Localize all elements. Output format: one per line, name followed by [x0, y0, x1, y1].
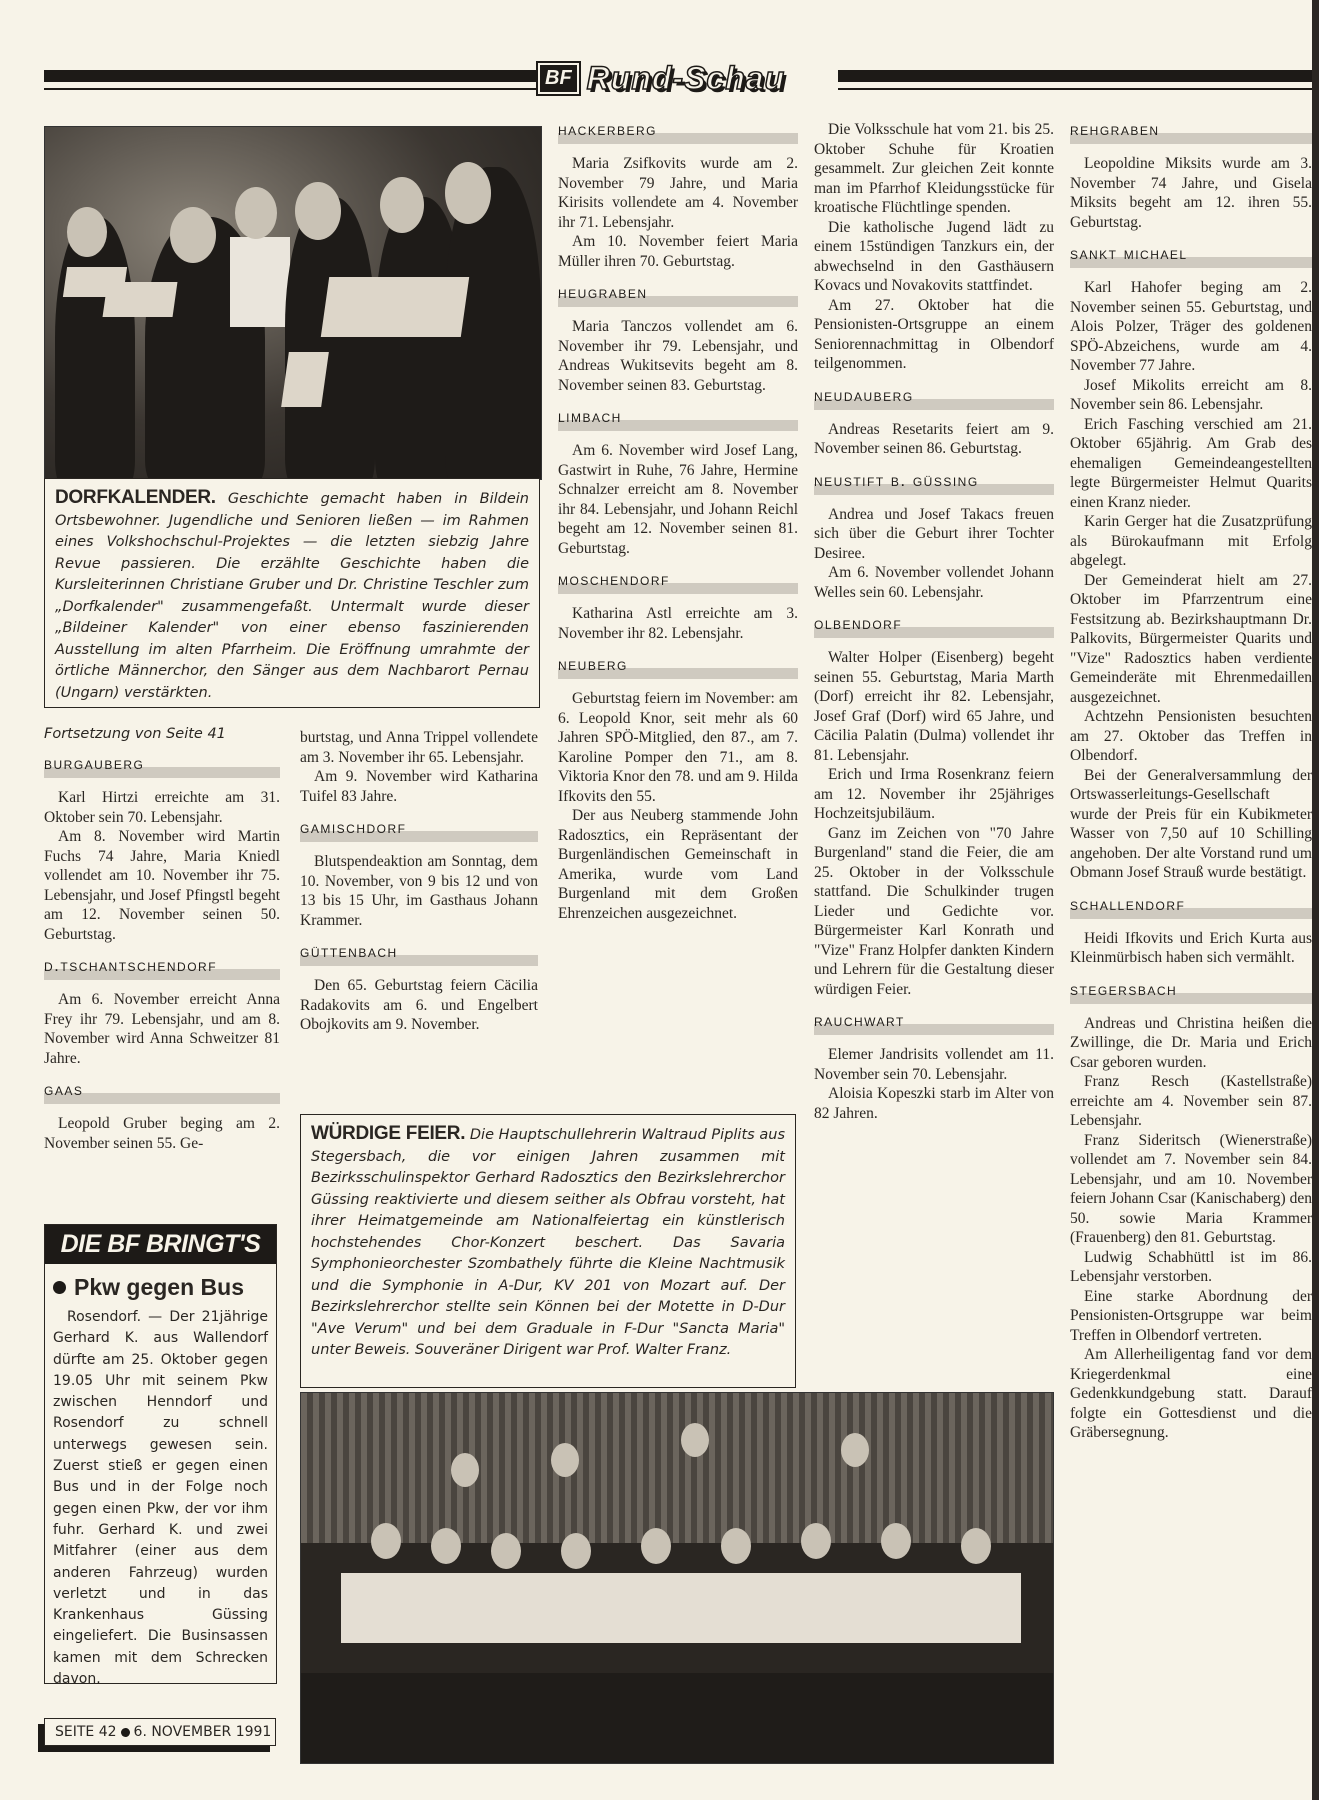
heading-gaas: Gaas [44, 1080, 280, 1106]
heading-rauchwart: Rauchwart [814, 1011, 1054, 1037]
paragraph: Blutspendeaktion am Sonntag, dem 10. Nov… [300, 852, 538, 930]
paragraph: Katharina Astl erreichte am 3. November … [558, 604, 798, 643]
paragraph: Den 65. Geburtstag feiern Cäcilia Radako… [300, 976, 538, 1035]
paragraph: Leopold Gruber beging am 2. November sei… [44, 1114, 280, 1153]
paragraph: Am 6. November erreicht Anna Frey ihr 79… [44, 990, 280, 1068]
heading-moschendorf: Moschendorf [558, 570, 798, 596]
paragraph: Eine starke Abordnung der Pensionisten-O… [1070, 1287, 1312, 1346]
paragraph: Am 6. November vollendet Johann Welles s… [814, 563, 1054, 602]
paragraph: Der aus Neuberg stammende John Radosztic… [558, 806, 798, 923]
masthead-rule-left [44, 70, 536, 82]
paragraph: Karl Hirtzi erreichte am 31. Oktober sei… [44, 788, 280, 827]
caption-body: Die Hauptschullehrerin Waltraud Piplits … [311, 1127, 785, 1358]
masthead-rule-right [838, 70, 1313, 82]
heading-dtschantschendorf: D.Tschantschendorf [44, 956, 280, 982]
bf-bringts-header: DIE BF BRINGT'S [45, 1225, 276, 1264]
bf-bringts-body: Rosendorf. — Der 21jährige Gerhard K. au… [53, 1307, 268, 1690]
heading-rehgraben: Rehgraben [1070, 120, 1312, 146]
paragraph: Am 10. November feiert Maria Müller ihre… [558, 232, 798, 271]
paragraph: Die katholische Jugend lädt zu einem 15s… [814, 218, 1054, 296]
heading-heugraben: Heugraben [558, 283, 798, 309]
caption-body: Geschichte gemacht haben in Bildein Orts… [55, 491, 529, 701]
paragraph: Josef Mikolits erreicht am 8. November s… [1070, 376, 1312, 415]
paragraph: Karl Hahofer beging am 2. November seine… [1070, 278, 1312, 376]
issue-date: 6. NOVEMBER 1991 [134, 1724, 272, 1740]
heading-neustift: Neustift b. Güssing [814, 471, 1054, 497]
paragraph: Erich und Irma Rosenkranz feiern am 12. … [814, 765, 1054, 824]
paragraph: Andreas Resetarits feiert am 9. November… [814, 420, 1054, 459]
paragraph: burtstag, und Anna Trippel vollendete am… [300, 728, 538, 767]
paragraph: Elemer Jandrisits vollendet am 11. Novem… [814, 1045, 1054, 1084]
paragraph: Am 6. November wird Josef Lang, Gastwirt… [558, 441, 798, 558]
bf-bringts-title: Pkw gegen Bus [53, 1274, 268, 1301]
paragraph: Am 27. Oktober hat die Pensionisten-Orts… [814, 296, 1054, 374]
page-number: SEITE 42 [55, 1724, 117, 1740]
paragraph: Erich Fasching verschied am 21. Oktober … [1070, 415, 1312, 513]
heading-burgauberg: Burgauberg [44, 754, 280, 780]
paragraph: Leopoldine Miksits wurde am 3. November … [1070, 154, 1312, 232]
paragraph: Ludwig Schabhüttl ist im 86. Lebensjahr … [1070, 1248, 1312, 1287]
paragraph: Franz Sideritsch (Wienerstraße) vollende… [1070, 1131, 1312, 1248]
page-binding-edge [1312, 0, 1319, 1800]
column-1: Fortsetzung von Seite 41 Burgauberg Karl… [44, 726, 280, 1153]
heading-neuberg: Neuberg [558, 655, 798, 681]
paragraph: Aloisia Kopeszki starb im Alter von 82 J… [814, 1084, 1054, 1123]
paragraph: Am Allerheiligentag fand vor dem Krieger… [1070, 1345, 1312, 1443]
heading-hackerberg: Hackerberg [558, 120, 798, 146]
paragraph: Maria Zsifkovits wurde am 2. November 79… [558, 154, 798, 232]
paragraph: Andrea und Josef Takacs freuen sich über… [814, 505, 1054, 564]
paragraph: Achtzehn Pensionisten besuchten am 27. O… [1070, 707, 1312, 766]
paragraph: Maria Tanczos vollendet am 6. November i… [558, 317, 798, 395]
heading-sankt-michael: Sankt Michael [1070, 244, 1312, 270]
paragraph: Am 9. November wird Katharina Tuifel 83 … [300, 767, 538, 806]
masthead-thin-rule-right [838, 88, 1313, 90]
column-4: Die Volksschule hat vom 21. bis 25. Okto… [814, 120, 1054, 1123]
caption-dorfkalender: DORFKALENDER. Geschichte gemacht haben i… [44, 478, 540, 708]
paragraph: Ganz im Zeichen von "70 Jahre Burgenland… [814, 824, 1054, 1000]
paragraph: Bei der Generalversammlung der Ortswasse… [1070, 766, 1312, 883]
paragraph: Am 8. November wird Martin Fuchs 74 Jahr… [44, 827, 280, 944]
section-title: Rund-Schau [587, 60, 785, 97]
choir-photo-top [44, 126, 542, 480]
column-2: burtstag, und Anna Trippel vollendete am… [300, 728, 538, 1035]
caption-headline: DORFKALENDER. [55, 487, 216, 508]
heading-olbendorf: Olbendorf [814, 614, 1054, 640]
bf-logo: BF [538, 63, 579, 94]
heading-gamischdorf: Gamischdorf [300, 818, 538, 844]
heading-guettenbach: Güttenbach [300, 942, 538, 968]
continuation-note: Fortsetzung von Seite 41 [44, 726, 280, 742]
caption-wuerdige-feier: WÜRDIGE FEIER. Die Hauptschullehrerin Wa… [300, 1114, 796, 1388]
paragraph: Franz Resch (Kastellstraße) erreichte am… [1070, 1072, 1312, 1131]
paragraph: Heidi Ifkovits und Erich Kurta aus Klein… [1070, 929, 1312, 968]
paragraph: Andreas und Christina heißen die Zwillin… [1070, 1014, 1312, 1073]
heading-neudauberg: Neudauberg [814, 386, 1054, 412]
page-footer: SEITE 42 6. NOVEMBER 1991 [44, 1718, 276, 1746]
masthead: BF Rund-Schau [538, 56, 834, 100]
bf-bringts-box: DIE BF BRINGT'S Pkw gegen Bus Rosendorf.… [44, 1224, 277, 1684]
paragraph: Walter Holper (Eisenberg) begeht seinen … [814, 648, 1054, 765]
paragraph: Karin Gerger hat die Zusatzprüfung als B… [1070, 512, 1312, 571]
heading-schallendorf: Schallendorf [1070, 895, 1312, 921]
heading-limbach: Limbach [558, 407, 798, 433]
paragraph: Die Volksschule hat vom 21. bis 25. Okto… [814, 120, 1054, 218]
heading-stegersbach: Stegersbach [1070, 980, 1312, 1006]
paragraph: Der Gemeinderat hielt am 27. Oktober im … [1070, 571, 1312, 708]
paragraph: Geburtstag feiern im November: am 6. Leo… [558, 689, 798, 806]
bullet-icon [53, 1281, 66, 1294]
bullet-icon [121, 1728, 130, 1737]
column-5: Rehgraben Leopoldine Miksits wurde am 3.… [1070, 112, 1312, 1443]
masthead-thin-rule-left [44, 88, 536, 90]
caption-headline: WÜRDIGE FEIER. [311, 1123, 465, 1144]
concert-photo-bottom [300, 1392, 1054, 1764]
column-3: Hackerberg Maria Zsifkovits wurde am 2. … [558, 112, 798, 923]
